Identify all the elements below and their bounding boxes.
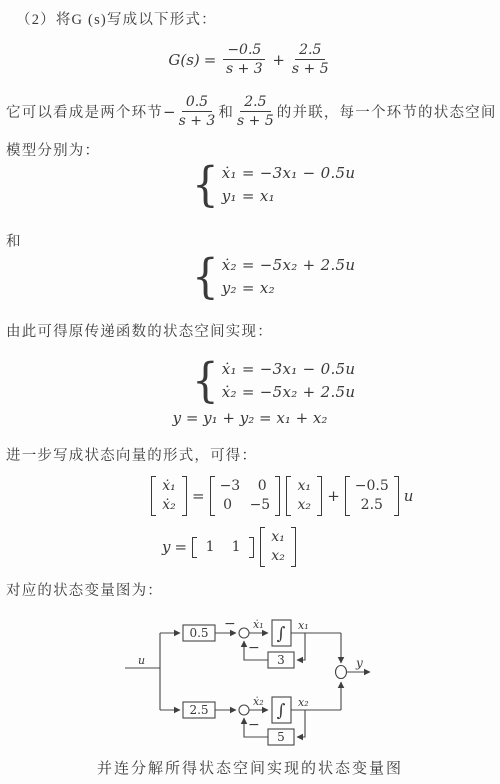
state-system-1: { ẋ₁ = −3x₁ − 0.5u y₁ = x₁	[192, 161, 355, 209]
sys3-eq2: ẋ₂ = −5x₂ + 2.5u	[222, 381, 356, 404]
gs-fraction-2: 2.5 s + 5	[292, 42, 329, 77]
top-summing-junction	[239, 628, 249, 638]
c-row-vector: 1 1	[192, 537, 254, 558]
state-system-2: { ẋ₂ = −5x₂ + 2.5u y₂ = x₂	[192, 253, 355, 301]
matrix-plus: +	[327, 487, 340, 505]
gs-fraction-1: −0.5 s + 3	[223, 42, 265, 77]
gs-lhs: G(s)	[168, 51, 199, 69]
top-gain-label: 0.5	[189, 626, 208, 640]
state-system-combined: { ẋ₁ = −3x₁ − 0.5u ẋ₂ = −5x₂ + 2.5u	[192, 357, 355, 405]
b-vector: −0.5 2.5	[345, 476, 399, 516]
inline-fraction-2: 2.5 s + 5	[237, 94, 274, 129]
bottom-state-label: x₂	[298, 696, 309, 709]
realization-paragraph: 由此可得原传递函数的状态空间实现：	[6, 320, 273, 341]
bottom-state-dot-label: ẋ₂	[253, 695, 264, 708]
section-heading: （2）将G (s)写成以下形式：	[16, 8, 217, 29]
output-lhs: y	[162, 538, 170, 556]
xdot-vector: ẋ₁ ẋ₂	[151, 476, 187, 516]
system-brace: {	[192, 354, 219, 408]
parallel-paragraph: 它可以看成是两个环节 − 0.5 s + 3 和 2.5 s + 5 的并联，每…	[6, 94, 497, 129]
input-symbol: u	[404, 487, 414, 505]
output-equals: =	[174, 538, 187, 556]
gs-plus: +	[272, 51, 285, 69]
sys2-eq1: ẋ₂ = −5x₂ + 2.5u	[222, 254, 356, 277]
output-matrix-equation: y = 1 1 x₁ x₂	[162, 527, 297, 567]
output-label: y	[355, 656, 363, 670]
document-page: （2）将G (s)写成以下形式： G(s) = −0.5 s + 3 + 2.5…	[0, 0, 500, 784]
figure-caption: 并连分解所得状态空间实现的状态变量图	[0, 757, 500, 778]
a-matrix: −3 0 0 −5	[210, 476, 281, 516]
top-state-label: x₁	[298, 619, 309, 632]
bottom-integrator-symbol: ∫	[277, 701, 286, 721]
bottom-gain-label: 2.5	[189, 703, 208, 717]
sys1-eq2: y₁ = x₁	[222, 185, 356, 208]
output-sum-equation: y = y₁ + y₂ = x₁ + x₂	[0, 409, 500, 427]
sys1-eq1: ẋ₁ = −3x₁ − 0.5u	[222, 162, 356, 185]
bottom-feedback-minus-sign: −	[248, 717, 260, 733]
inline-fraction-1: 0.5 s + 3	[179, 94, 216, 129]
state-variable-diagram: u 0.5 − ẋ₁ ∫ x₁ 3 − 2.5 ẋ₂ ∫ x₂ 5 − y	[0, 608, 500, 758]
top-feedback-minus-sign: −	[248, 640, 260, 656]
top-feedback-label: 3	[277, 653, 285, 667]
top-state-dot-label: ẋ₁	[253, 618, 264, 631]
top-integrator-symbol: ∫	[277, 624, 286, 644]
input-label: u	[138, 654, 145, 667]
sys2-eq2: y₂ = x₂	[222, 277, 356, 300]
parallel-paragraph-cont: 模型分别为：	[6, 139, 100, 160]
system-brace: {	[192, 250, 219, 304]
sys3-eq1: ẋ₁ = −3x₁ − 0.5u	[222, 358, 356, 381]
output-summing-junction	[336, 666, 347, 679]
top-input-minus-sign: −	[224, 616, 236, 632]
vector-form-paragraph: 进一步写成状态向量的形式，可得：	[6, 444, 257, 465]
bottom-feedback-tap-line	[297, 710, 305, 737]
inline-minus: −	[163, 103, 176, 121]
state-vector: x₁ x₂	[286, 476, 322, 516]
and-label: 和	[6, 230, 22, 251]
state-vector: x₁ x₂	[260, 527, 296, 567]
bottom-summing-junction	[239, 705, 249, 715]
matrix-equals: =	[192, 487, 205, 505]
bottom-feedback-label: 5	[277, 730, 285, 744]
top-feedback-tap-line	[297, 633, 305, 660]
gs-formula: G(s) = −0.5 s + 3 + 2.5 s + 5	[0, 42, 500, 77]
system-brace: {	[192, 158, 219, 212]
state-matrix-equation: ẋ₁ ẋ₂ = −3 0 0 −5 x₁	[150, 476, 413, 516]
gs-equals: =	[204, 51, 217, 69]
diagram-paragraph: 对应的状态变量图为：	[6, 579, 163, 600]
